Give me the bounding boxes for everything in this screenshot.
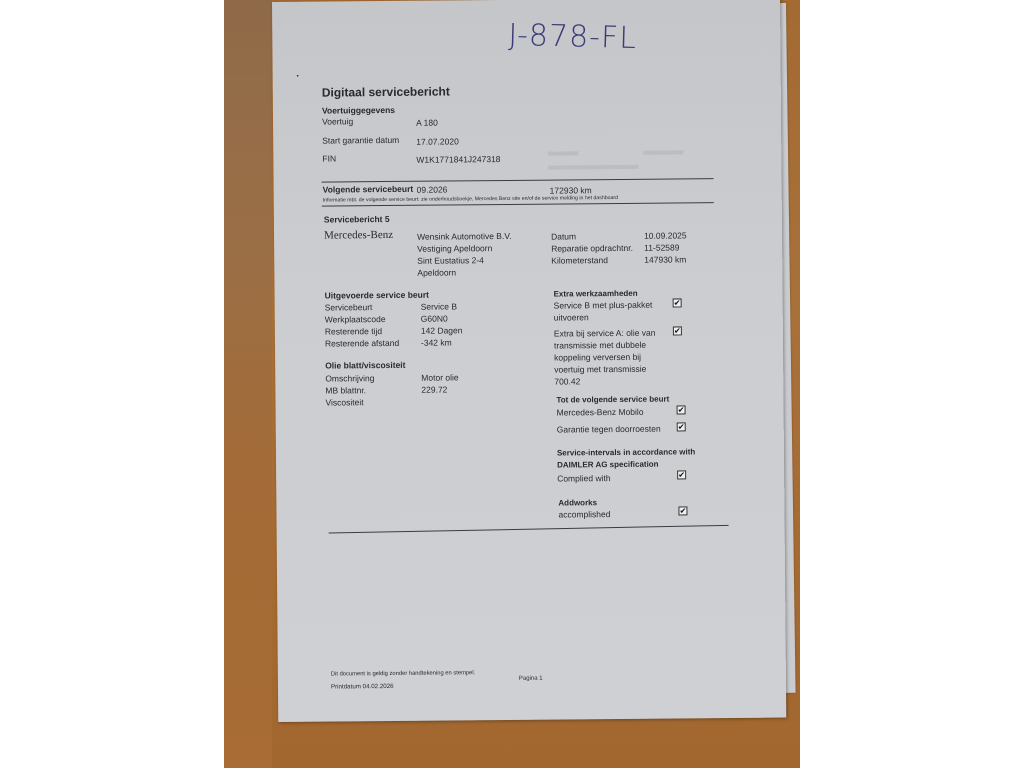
dealer-line-1: Wensink Automotive B.V. — [417, 231, 512, 242]
viscosity-label: Viscositeit — [325, 397, 363, 407]
service-label: Servicebeurt — [325, 302, 373, 312]
next-service-label: Volgende servicebeurt — [323, 184, 414, 195]
report-heading: Servicebericht 5 — [324, 214, 390, 225]
warranty-start-label: Start garantie datum — [322, 135, 399, 146]
extra-item-2-line-1: Extra bij service A: olie van — [554, 328, 656, 339]
performed-heading: Uitgevoerde service beurt — [325, 290, 429, 301]
document-title: Digitaal servicebericht — [322, 84, 450, 99]
service-report-sheet: J-878-FL • Digitaal servicebericht Voert… — [272, 0, 786, 722]
extra-work-heading: Extra werkzaamheden — [554, 289, 638, 299]
repair-order-value: 11-52589 — [644, 242, 679, 252]
checkbox-rust-warranty[interactable]: ✔ — [677, 422, 686, 431]
vehicle-section-heading: Voertuiggegevens — [322, 105, 395, 116]
rust-warranty-label: Garantie tegen doorroesten — [557, 424, 661, 435]
bleed-through — [548, 151, 578, 155]
accomplished-label: accomplished — [558, 509, 610, 519]
extra-item-2-line-4: voertuig met transmissie — [554, 364, 646, 375]
dealer-line-4: Apeldoorn — [417, 267, 456, 277]
validity-note: Dit document is geldig zonder handtekeni… — [331, 670, 475, 677]
fin-value: W1K1771841J247318 — [416, 154, 500, 165]
date-label: Datum — [551, 231, 576, 241]
divider — [322, 178, 714, 182]
checkbox-extra-item-1[interactable]: ✔ — [673, 298, 682, 307]
mb-sheet-value: 229.72 — [421, 384, 447, 394]
extra-item-2-line-5: 700.42 — [554, 376, 580, 386]
remaining-distance-label: Resterende afstand — [325, 338, 399, 349]
complied-label: Complied with — [557, 473, 610, 483]
intervals-heading-2: DAIMLER AG specification — [557, 460, 659, 470]
next-service-info: Informatie mbt. de volgende service beur… — [323, 195, 618, 204]
document-content: J-878-FL • Digitaal servicebericht Voert… — [272, 0, 786, 722]
workshop-code-value: G60N0 — [421, 313, 448, 323]
extra-item-1-line-2: uitvoeren — [554, 312, 589, 322]
next-service-km: 172930 km — [550, 185, 592, 195]
table-surface — [224, 0, 272, 768]
remaining-time-label: Resterende tijd — [325, 326, 382, 336]
dealer-line-2: Vestiging Apeldoorn — [417, 243, 492, 254]
addworks-heading: Addworks — [558, 498, 597, 507]
oil-heading: Olie blatt/viscositeit — [325, 360, 405, 371]
until-next-heading: Tot de volgende service beurt — [556, 395, 669, 405]
extra-item-2-line-3: koppeling verversen bij — [554, 352, 641, 363]
checkbox-extra-item-2[interactable]: ✔ — [673, 326, 682, 335]
page-number: Pagina 1 — [519, 676, 543, 682]
mileage-label: Kilometerstand — [551, 255, 608, 265]
vehicle-label: Voertuig — [322, 116, 353, 126]
fin-label: FIN — [322, 153, 336, 163]
bleed-through — [643, 150, 683, 154]
dealer-line-3: Sint Eustatius 2-4 — [417, 255, 484, 266]
repair-order-label: Reparatie opdrachtnr. — [551, 243, 633, 254]
date-value: 10.09.2025 — [644, 230, 687, 240]
checkbox-accomplished[interactable]: ✔ — [678, 506, 687, 515]
brand-name: Mercedes-Benz — [324, 229, 393, 242]
service-value: Service B — [421, 301, 457, 311]
extra-item-1-line-1: Service B met plus-pakket — [554, 300, 653, 311]
workshop-code-label: Werkplaatscode — [325, 314, 386, 325]
extra-item-2-line-2: transmissie met dubbele — [554, 340, 646, 351]
bleed-through — [548, 165, 638, 170]
mobilo-label: Mercedes-Benz Mobilo — [557, 407, 644, 418]
remaining-distance-value: -342 km — [421, 337, 452, 347]
stray-mark: • — [297, 74, 299, 80]
photo-background: J-878-FL • Digitaal servicebericht Voert… — [224, 0, 800, 768]
remaining-time-value: 142 Dagen — [421, 325, 463, 335]
mb-sheet-label: MB blattnr. — [325, 385, 366, 395]
mileage-value: 147930 km — [644, 254, 686, 264]
print-date: Printdatum 04.02.2026 — [331, 683, 394, 691]
oil-description-label: Omschrijving — [325, 373, 374, 383]
vehicle-value: A 180 — [416, 118, 438, 128]
warranty-start-value: 17.07.2020 — [416, 136, 459, 146]
handwritten-license-plate: J-878-FL — [508, 18, 638, 56]
intervals-heading-1: Service-intervals in accordance with — [557, 447, 695, 457]
checkbox-mobilo[interactable]: ✔ — [677, 405, 686, 414]
divider — [329, 525, 729, 534]
checkbox-complied[interactable]: ✔ — [677, 470, 686, 479]
oil-description-value: Motor olie — [421, 372, 458, 382]
next-service-date: 09.2026 — [417, 184, 448, 194]
